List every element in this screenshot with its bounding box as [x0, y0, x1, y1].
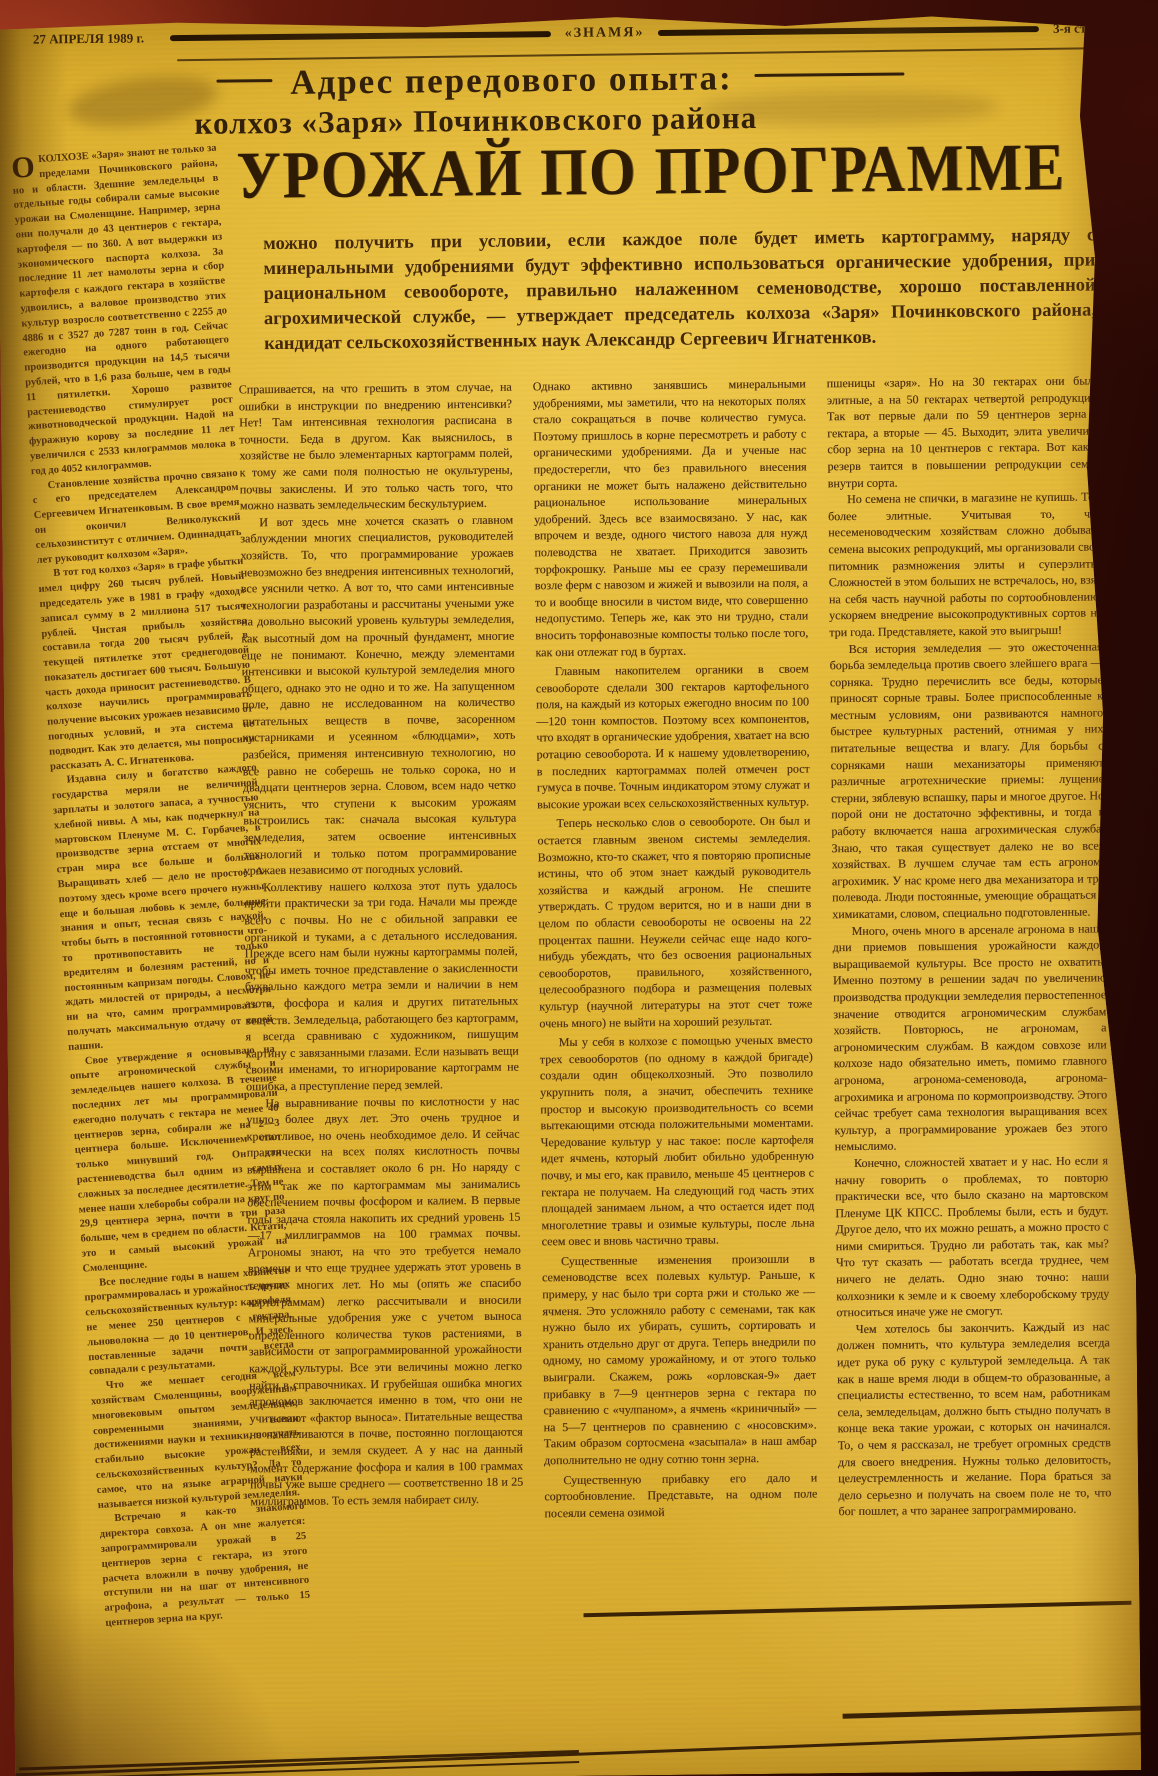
kicker-line-1: Адрес передового опыта:	[0, 54, 1124, 106]
paragraph: Существенные изменения произошли в семен…	[542, 1250, 817, 1469]
paragraph: Мы у себя в колхозе с помощью ученых вме…	[539, 1032, 814, 1251]
paragraph: Чем хотелось бы закончить. Каждый из нас…	[836, 1318, 1111, 1520]
paragraph: пшеницы «заря». Но на 30 гектарах они бы…	[827, 372, 1101, 491]
paragraph: Теперь несколько слов о севообороте. Он …	[537, 813, 812, 1032]
newspaper-photo: { "page": { "header": { "date": "27 АПРЕ…	[0, 0, 1158, 1776]
masthead: «ЗНАМЯ»	[565, 25, 645, 42]
bottom-rule	[843, 1705, 1143, 1718]
paragraph: Коллективу нашего колхоза этот путь удал…	[244, 876, 519, 1095]
paragraph: Издавна силу и богатство каждого государ…	[51, 762, 275, 1056]
paragraph: Много, очень много в арсенале агронома в…	[832, 920, 1107, 1155]
kicker-text-1: Адрес передового опыта:	[290, 58, 733, 102]
page-date: 27 АПРЕЛЯ 1989 г.	[33, 30, 144, 47]
text-column-1: Спрашивается, на что грешить в этом случ…	[239, 379, 526, 1674]
paragraph: В тот год колхоз «Заря» в графе убытки и…	[37, 555, 256, 775]
kicker-rule	[755, 73, 905, 78]
newspaper-page: 27 АПРЕЛЯ 1989 г. «ЗНАМЯ» 3-я стр. Адрес…	[0, 10, 1141, 1776]
paragraph: Однако активно занявшись минеральными уд…	[533, 375, 809, 660]
page-number: 3-я стр.	[1053, 20, 1097, 36]
paragraph: Становление хозяйства прочно связано с е…	[32, 467, 243, 569]
article-columns: Спрашивается, на что грешить в этом случ…	[239, 372, 1114, 1673]
paragraph: И вот здесь мне хочется сказать о главно…	[240, 511, 517, 879]
page-header: 27 АПРЕЛЯ 1989 г. «ЗНАМЯ» 3-я стр.	[33, 20, 1097, 47]
text-column-2: Однако активно занявшись минеральными уд…	[533, 375, 820, 1670]
header-rule	[658, 26, 1039, 36]
article-headline: УРОЖАЙ ПО ПРОГРАММЕ	[236, 128, 1099, 214]
article-main: УРОЖАЙ ПО ПРОГРАММЕ можно получить при у…	[236, 128, 1114, 1673]
paragraph: Главным накопителем органики в своем сев…	[536, 661, 811, 813]
paragraph: Спрашивается, на что грешить в этом случ…	[239, 379, 513, 515]
paragraph: Существенную прибавку его дало и сортооб…	[544, 1469, 818, 1522]
paragraph: Конечно, сложностей хватает и у нас. Но …	[835, 1152, 1110, 1321]
paragraph: О КОЛХОЗЕ «Заря» знают не только за пред…	[11, 142, 238, 480]
article-lead: можно получить при условии, если каждое …	[237, 223, 1100, 357]
text-column-3: пшеницы «заря». Но на 30 гектарах они бы…	[827, 372, 1114, 1667]
paragraph: На выравнивание почвы по кислотности у н…	[246, 1092, 523, 1510]
header-rule	[170, 31, 551, 41]
paragraph: Но семена не спички, в магазине не купиш…	[828, 489, 1103, 641]
paragraph: Вся история земледелия — это ожесточенна…	[829, 638, 1105, 923]
kicker-rule	[216, 80, 272, 84]
